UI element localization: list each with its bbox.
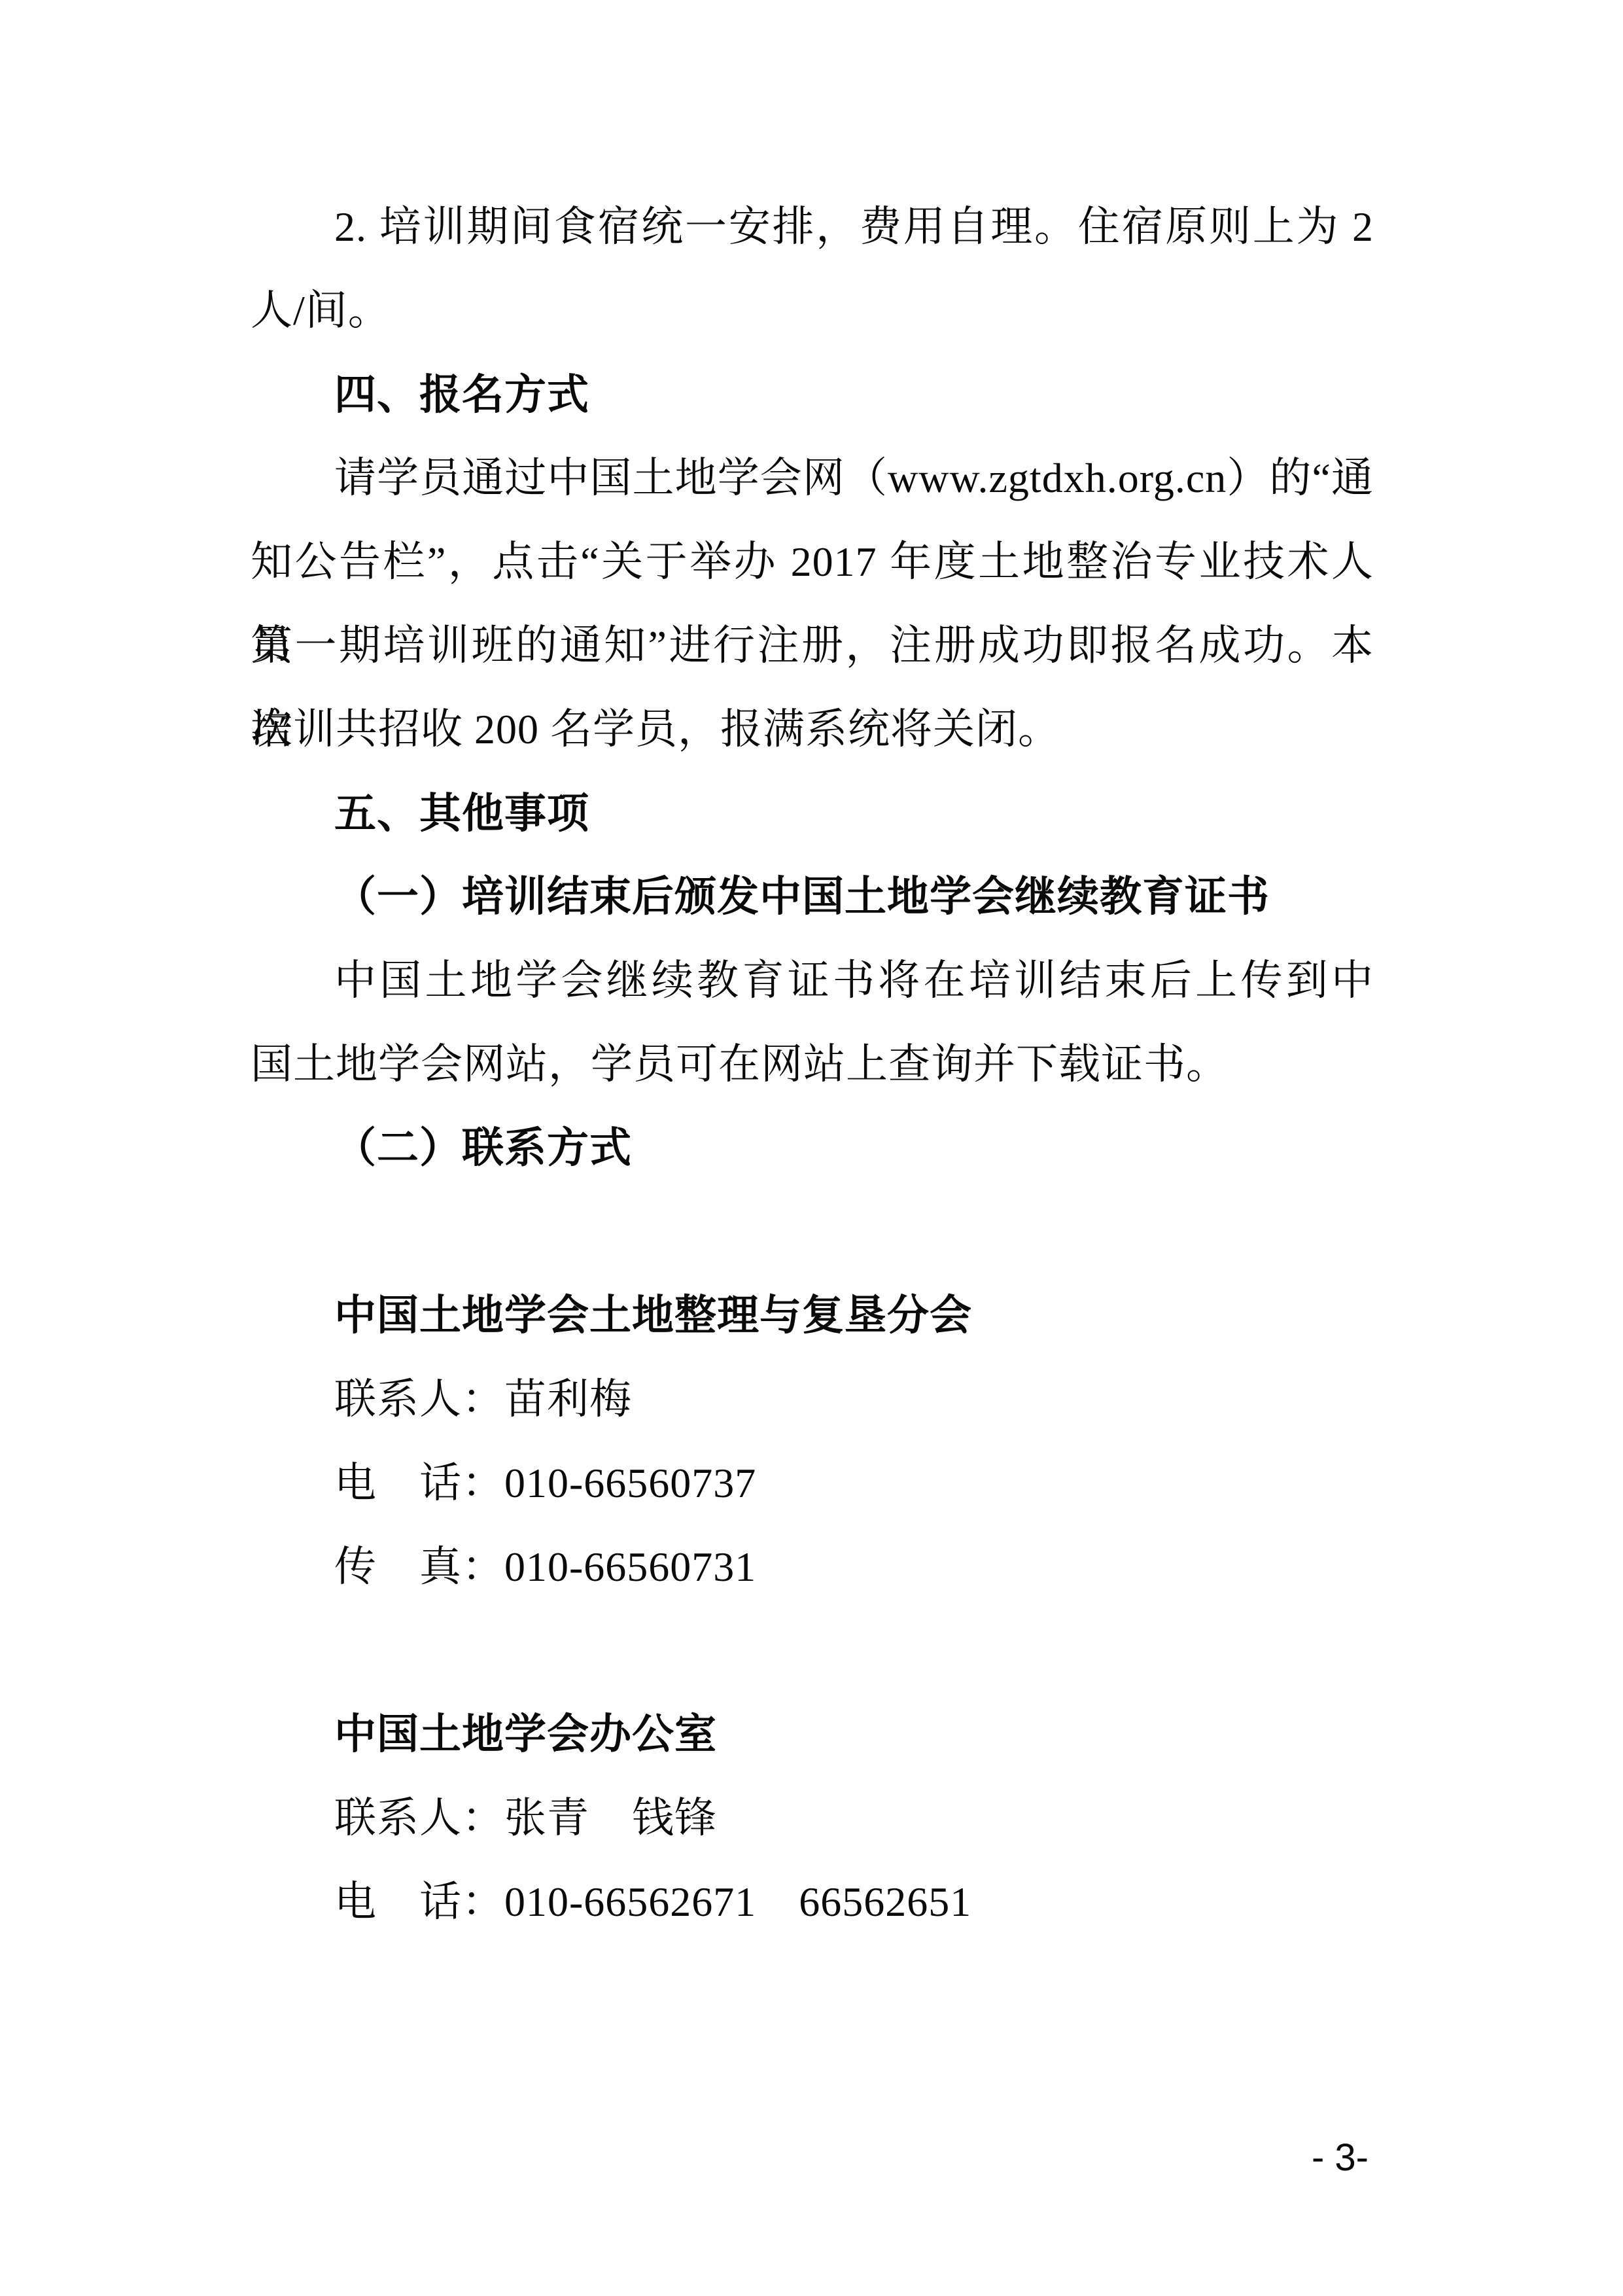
text-line: 联系人：苗利梅: [251, 1358, 1374, 1441]
document-body: 2. 培训期间食宿统一安排，费用自理。住宿原则上为 2人/间。四、报名方式请学员…: [251, 185, 1374, 1944]
document-page: 2. 培训期间食宿统一安排，费用自理。住宿原则上为 2人/间。四、报名方式请学员…: [0, 0, 1623, 2296]
text-line: 联系人：张青 钱锋: [251, 1776, 1374, 1860]
text-line: 国土地学会网站，学员可在网站上查询并下载证书。: [251, 1023, 1374, 1106]
text-line: 人/间。: [251, 269, 1374, 353]
blank-line: [251, 1609, 1374, 1693]
text-line: 第一期培训班的通知”进行注册，注册成功即报名成功。本次: [251, 604, 1374, 688]
blank-line: [251, 1190, 1374, 1274]
text-line: 培训共招收 200 名学员，报满系统将关闭。: [251, 688, 1374, 771]
text-line: 传 真：010-66560731: [251, 1525, 1374, 1609]
text-line: 2. 培训期间食宿统一安排，费用自理。住宿原则上为 2: [251, 185, 1374, 269]
text-line: （二）联系方式: [251, 1106, 1374, 1190]
text-line: （一）培训结束后颁发中国土地学会继续教育证书: [251, 855, 1374, 939]
text-line: 中国土地学会继续教育证书将在培训结束后上传到中: [251, 939, 1374, 1023]
text-line: 中国土地学会办公室: [251, 1693, 1374, 1776]
text-line: 知公告栏”，点击“关于举办 2017 年度土地整治专业技术人员: [251, 520, 1374, 604]
text-line: 请学员通过中国土地学会网（www.zgtdxh.org.cn）的“通: [251, 436, 1374, 520]
text-line: 中国土地学会土地整理与复垦分会: [251, 1274, 1374, 1358]
page-number: - 3-: [1312, 2132, 1369, 2184]
text-line: 电 话：010-66560737: [251, 1441, 1374, 1525]
text-line: 五、其他事项: [251, 771, 1374, 855]
text-line: 四、报名方式: [251, 353, 1374, 436]
text-line: 电 话：010-66562671 66562651: [251, 1860, 1374, 1944]
